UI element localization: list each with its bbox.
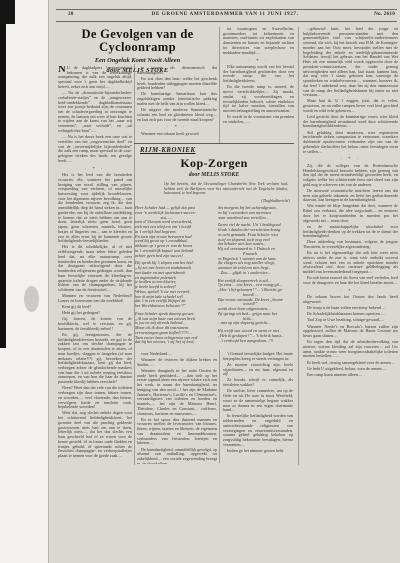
verse-line: naar waarheid zou vertellen... [218,216,294,221]
paragraph: De barmhartige Samaritaan kon dus ongelu… [137,92,217,106]
paragraph: · * · [137,124,217,129]
paragraph: En die tweede ramp is, moreel, de meest … [223,85,294,113]
verse-line: ...'t verdoofd ben aangedaan...!!! [218,339,294,344]
paragraph: Weet dat, nog slechts enkele dagen voor … [58,411,132,458]
paragraph: En nu is het eigenaardige dat ook hier w… [303,251,398,275]
paragraph: Leid gesticht door de barmhartige vrouw … [303,115,398,129]
paragraph: Ze bezakt, schrijf er: ruimelijk, als fe… [223,378,293,387]
lead-paragraph: NU de dagbladpers langzamerhand bekomen … [58,66,132,90]
lead-text: U de dagbladpers langzamerhand bekomen i… [58,66,132,89]
paragraph: De nieuwste economische inzichten leeren… [303,189,398,203]
epigraph-source: ('Dagbladbericht') [261,199,290,203]
article-column-2-top: te toonen als dienstmensch dat barmharti… [137,66,217,141]
paragraph: Er heeft wel, treurig samengekleed voor … [303,361,398,366]
paragraph: Wanneer een orkaan heeft gewoed [137,132,217,137]
stanza: Hij sprak bij 't slapen van het bed:„Jij… [135,261,211,309]
stanza: des morgens bij het uchtendgrauw,en bij … [218,206,294,220]
paragraph: Ge hebt U uitgekleed, helaas, voor de ar… [303,367,398,372]
paragraph: Op het bericht, dat de Oceaanvlieger Cha… [164,182,288,196]
paragraph: En gij, feestgenooten, die de liefdadigh… [58,333,132,385]
paragraph: Taal Zop in Uwe bezitting, schtige-gewaa… [303,318,398,323]
drop-cap: N [58,66,67,74]
paragraph: Deze uitdeeling van kostuums, volgens de… [303,240,398,249]
paragraph: Wanneer Neede's en Borculo's huizen zull… [303,325,398,339]
paragraph: Kent gij dit leed? [58,305,132,310]
poem-byline: door MELIS STOKE [134,172,294,178]
paragraph: De Schadelijkheidsbazaars komen opzetten… [303,312,398,317]
column-rule-2-bottom [219,350,220,463]
paragraph: ...gebouwd kunt, het leed der jonge en h… [303,27,398,98]
article-subtitle: Een Ongeluk Komt Nooit Alleen [56,57,219,64]
verse-line: dat hij het nieuws, 't zij lief of leed, [135,340,211,345]
rijmkroniek-label: RIJM-KRONIEK [140,147,195,154]
paragraph: .... Nu de „dramatische-bijzonderheden-v… [58,91,132,134]
header-rule-top [56,9,397,10]
paragraph: De uitgave der moderne Samaritaansche sc… [137,108,217,122]
paragraph: Neen? Weet dan dat vele van die toilette… [58,386,132,410]
verse-line: het Wereldnieuws beluister'?” [135,304,211,309]
column-rule-2-top [219,27,220,143]
paragraph: · * · [58,166,132,171]
article-column-3-top: tot waarnogten en Swavelkolm, grootmoede… [223,27,294,141]
verse-line: ...Zoo.... glijdt in 't onderwier.... [218,271,294,276]
paragraph: Stil gelukkig door monteren, wier expens… [303,131,398,155]
rijmkroniek-box: RIJM-KRONIEK Kop-Zorgen door MELIS STOKE… [134,143,294,348]
paragraph: · * · [303,288,398,293]
verse-columns: Heer Schuler had — gelijk dat pastvoor '… [135,206,293,346]
stanza: Hij wrijft van woord en stemt er met...„… [218,329,294,343]
stanza: Het eerlijk slaapvertrek is stil...Op ee… [218,279,294,327]
paragraph: Indien ge het nimmer gezien hebt. [223,449,293,454]
paragraph: De barmhartigheid, onmiddellijk gevolgd,… [137,448,217,464]
paragraph: Mannen en vrouwen van Nederland! Lezers … [58,294,132,303]
paragraph: Het is het leed van die honderden vrouwe… [58,173,132,244]
paragraph: En tegen den tijd dat de arbeidersbevolk… [303,340,398,359]
paragraph: De orkaan boven het Oosten des lands hee… [303,295,398,304]
paragraph: Maar laat ik, U 't zeggen, juist, dat er… [303,99,398,113]
paragraph: .... Nu is het dezer hoek een oase wat t… [58,135,132,163]
paragraph: te toonen als dienstmensch dat barmharti… [137,66,217,75]
verse-column-right: des morgens bij het uchtendgrauw,en bij … [218,206,294,346]
paragraph: Wanneer daarginds in het natte Oosten de… [137,369,217,416]
paragraph: Elke natuurramp wordt van het herstel de… [223,65,294,84]
stanza: Frau Schuler sprak daarop geruet:„Al wat… [135,312,211,345]
paragraph: Ze moeten voorzichtig zijn, heele vijand… [223,363,293,377]
paragraph: Het is dit schrikkelijke, al of niet zel… [58,245,132,292]
paragraph: De troep is de baan vollen erevtomy beke… [303,306,398,311]
paragraph: Gij, braven, de kosten van de hoofdklach… [58,317,132,331]
article-column-1: NU de dagbladpers langzamerhand bekomen … [58,66,132,478]
article-column-3-bottom: 't Geniaal feestelijke budget: Het fraai… [223,352,293,464]
paragraph: en de maatschappelijke uitschakel voor l… [303,225,398,239]
newspaper-page: 20 DE GROENE AMSTERDAMMER VAN 11 JUNI 19… [48,0,400,563]
paragraph: Een ramp komt nimmer alleen.... [303,373,398,378]
paragraph: Zij, die de colleges van de Rotterdamsch… [303,164,398,188]
article-column-2-bottom: voor Nederland.....Wanneer de rivieren d… [137,352,217,464]
stanza: Heer Schuler had — gelijk dat pastvoor '… [135,206,211,258]
paragraph: tot waarnogten en Swavelkolm, grootmoede… [223,27,294,55]
paragraph: 't Geniaal feestelijke budget: Het fraai… [223,352,293,361]
paragraph: · * · [303,156,398,161]
verse-line: ...met op zijn slaperig gezicht... [218,321,294,326]
verse-line: achter geen bed zijn succes! [135,254,211,259]
scan-corner-shadow [0,0,15,24]
poem-epigraph: Op het bericht, dat de Oceaanvlieger Cha… [164,182,288,196]
stanza: Zwart viel de nacht. Uit 't beddegoedklo… [218,223,294,275]
article-column-4: ...gebouwd kunt, het leed der jonge en h… [303,27,398,468]
scan-edge-shadow [0,0,6,348]
article-title: De Gevolgen van de Cycloonramp [56,28,219,54]
paragraph: Er wordt in de voortuinen van pronken en… [223,115,294,124]
page-number: 20 [68,11,74,17]
paragraph: voor Nederland..... [137,352,217,357]
scan-smudge [24,286,39,312]
paragraph: En in het spoor dier duizend mannen en v… [137,418,217,446]
header-rule-bottom [56,21,397,22]
paragraph: In feestelijke liefdadigheid worden van … [223,414,293,447]
paragraph: En ook komt zoowel als Soest van veel ve… [303,276,398,285]
paragraph: Wat maakt de blije Jongedam dat doet, wa… [303,204,398,223]
paragraph: Hebt gij het gedragen? [58,311,132,316]
issue-number: No. 2610 [374,11,395,17]
poem-title: Kop-Zorgen [134,156,294,171]
masthead: DE GROENE AMSTERDAMMER VAN 11 JUNI 1927. [89,11,361,17]
paragraph: En wat doet dan haar, welke het geschenk… [137,77,217,91]
paragraph: Wanneer de rivieren de dijken breken en … [137,358,217,367]
column-rule-3 [298,27,299,465]
paragraph: · * · [223,58,294,63]
verse-column-left: Heer Schuler had — gelijk dat pastvoor '… [135,206,211,346]
paragraph: De snelste, lieve commères, om op de Ord… [223,389,293,413]
